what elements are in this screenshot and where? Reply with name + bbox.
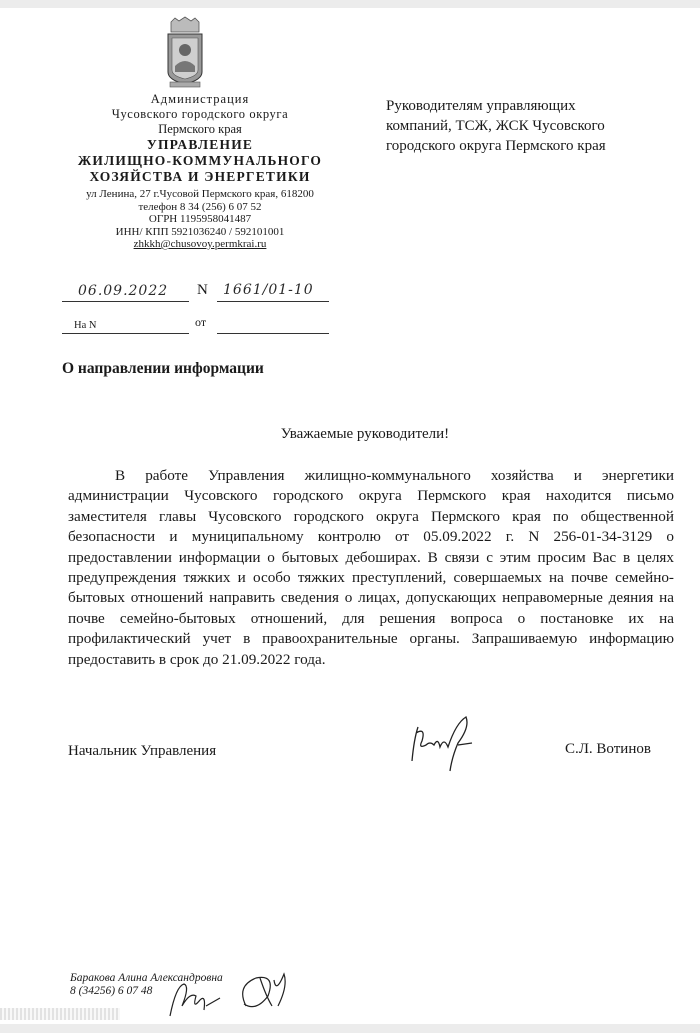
admin-line-3: Пермского края bbox=[60, 122, 340, 137]
handwritten-signature-icon bbox=[400, 713, 480, 773]
dept-line-2: ЖИЛИЩНО-КОММУНАЛЬНОГО bbox=[60, 153, 340, 169]
scan-artifact bbox=[0, 1008, 120, 1020]
letter-page: Администрация Чусовского городского окру… bbox=[0, 8, 700, 1024]
ogrn: ОГРН 1195958041487 bbox=[60, 213, 340, 226]
addressee: Руководителям управляющих компаний, ТСЖ,… bbox=[386, 96, 686, 156]
reg-date: 06.09.2022 bbox=[78, 283, 168, 299]
body-paragraph: В работе Управления жилищно-коммунальног… bbox=[68, 466, 674, 670]
reg-number-label: N bbox=[197, 282, 208, 299]
reg-number-field: 1661/01-10 bbox=[217, 281, 329, 302]
reg-date-field: 06.09.2022 bbox=[62, 281, 189, 302]
dept-line-1: УПРАВЛЕНИЕ bbox=[60, 137, 340, 153]
phone: телефон 8 34 (256) 6 07 52 bbox=[60, 201, 340, 214]
executor-signature-icon bbox=[160, 966, 310, 1024]
ref-date-field bbox=[217, 317, 329, 334]
subject-heading: О направлении информации bbox=[62, 360, 264, 378]
ref-number-label: На N bbox=[74, 320, 96, 331]
ref-number-field: На N bbox=[62, 317, 189, 334]
inn-kpp: ИНН/ КПП 5921036240 / 592101001 bbox=[60, 226, 340, 239]
signatory-title: Начальник Управления bbox=[68, 743, 216, 760]
coat-of-arms-icon bbox=[163, 16, 207, 90]
email-link[interactable]: zhkkh@chusovoy.permkrai.ru bbox=[60, 238, 340, 251]
admin-line-2: Чусовского городского округа bbox=[60, 107, 340, 122]
signatory-name: С.Л. Вотинов bbox=[565, 741, 651, 758]
reg-number: 1661/01-10 bbox=[223, 282, 314, 298]
salutation: Уважаемые руководители! bbox=[0, 426, 700, 443]
ref-from-label: от bbox=[195, 315, 206, 330]
dept-line-3: ХОЗЯЙСТВА И ЭНЕРГЕТИКИ bbox=[60, 169, 340, 185]
addressee-line-1: Руководителям управляющих bbox=[386, 96, 686, 116]
addressee-line-3: городского округа Пермского края bbox=[386, 136, 686, 156]
letterhead: Администрация Чусовского городского окру… bbox=[60, 92, 340, 251]
address: ул Ленина, 27 г.Чусовой Пермского края, … bbox=[60, 188, 340, 201]
admin-line-1: Администрация bbox=[60, 92, 340, 107]
addressee-line-2: компаний, ТСЖ, ЖСК Чусовского bbox=[386, 116, 686, 136]
